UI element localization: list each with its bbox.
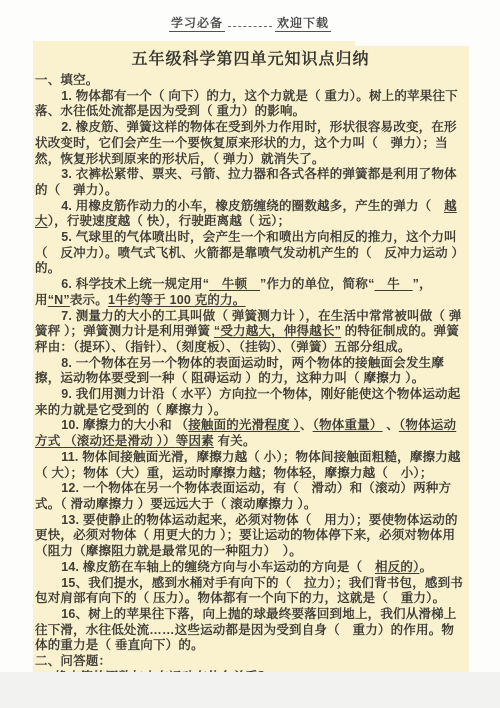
section-heading: 二、问答题： [35, 654, 466, 670]
doc-paragraphs: 一、填空。1. 物体都有一个（ 向下）的力，这个力就是（ 重力）。树上的苹果往下… [35, 73, 466, 685]
text-segment: 4. 用橡皮筋作动力的小车，橡皮筋缠绕的圈数越多，产生的弹力（ [61, 199, 444, 213]
text-segment: 1. 物体都有一个（ 向下）的力，这个力就是（ 重力）。树上的苹果往下落、水往低… [35, 89, 458, 119]
fill-in-item: 10. 摩擦力的大小和 （接触面的光滑程度 ）、（物体重量） 、（物体运动方式 … [35, 418, 466, 449]
fill-in-item: 6. 科学技术上统一规定用“ 牛顿 ”作力的单位，简称“ 牛 ”，用“N”表示。… [35, 277, 466, 308]
page-title: 五年级科学第四单元知识点归纳 [35, 46, 466, 69]
text-segment: 二、问答题： [35, 654, 111, 668]
text-segment: 、 [383, 418, 399, 432]
answer-text-underlined: 相反的） [375, 560, 420, 574]
fill-in-item: 5. 气球里的气体喷出时，会产生一个和喷出方向相反的推力，这个力叫（ 反冲力）。… [35, 230, 466, 277]
text-segment: 9. 我们用测力计沿（ 水平）方向拉一个物体，刚好能使这个物体运动起来的力就是它… [35, 387, 460, 417]
answer-text-underlined: 牛 [375, 277, 413, 291]
fill-in-item: 9. 我们用测力计沿（ 水平）方向拉一个物体，刚好能使这个物体运动起来的力就是它… [35, 387, 466, 418]
text-segment: 5. 气球里的气体喷出时，会产生一个和喷出方向相反的推力，这个力叫（ 反冲力）。… [35, 230, 464, 275]
answer-text-underlined: 牛顿 [209, 277, 260, 291]
text-segment: 、 [300, 418, 313, 432]
text-segment: ），行驶速度越（ 快），行驶距离越（ 远）； [48, 214, 291, 228]
text-segment: 13. 要使静止的物体运动起来，必须对物体（ 用力）；要使物体运动的更快，必须对… [35, 513, 468, 558]
dashed-underline-rule [228, 15, 272, 27]
answer-text-underlined: （物体重量） [313, 418, 383, 432]
text-segment: 。 [420, 560, 433, 574]
fill-in-item: 2. 橡皮筋、弹簧这样的物体在受到外力作用时，形状很容易改变，在形状改变时，它们… [35, 120, 466, 167]
fill-in-item: 1. 物体都有一个（ 向下）的力，这个力就是（ 重力）。树上的苹果往下落、水往低… [35, 89, 466, 120]
text-segment: 有关。 [214, 434, 256, 448]
fill-in-item: 14. 橡皮筋在车轴上的缠绕方向与小车运动的方向是（ 相反的）。 [35, 560, 466, 576]
text-segment: 12. 一个物体在另一个物体表面运动，有（ 滑动）和（滚动）两种方式。（ 滑动摩… [35, 481, 451, 511]
header-right-label: 欢迎下载 [275, 16, 331, 32]
answer-text-underlined: 等因素 [176, 434, 214, 448]
text-segment: 一、填空。 [35, 73, 99, 87]
fill-in-item: 16、树上的苹果往下落，向上抛的球最终要落回到地上，我们从滑梯上往下滑，水往低处… [35, 607, 466, 654]
answer-text-underlined: “N” [48, 293, 70, 307]
fill-in-item: 4. 用橡皮筋作动力的小车，橡皮筋缠绕的圈数越多，产生的弹力（ 越大），行驶速度… [35, 199, 466, 230]
worksheet-highlight-block: 五年级科学第四单元知识点归纳 一、填空。1. 物体都有一个（ 向下）的力，这个力… [33, 41, 469, 672]
text-segment: 11. 物体间接触面光滑，摩擦力越（ 小）；物体间接触面粗糙，摩擦力越（ 大）；… [35, 450, 461, 480]
text-segment: 3. 衣裤松紧带、票夹、弓箭、拉力器和各式各样的弹簧都是利用了物体的（ 弹力）。 [35, 167, 457, 197]
fill-in-item: 7. 测量力的大小的工具叫做（ 弹簧测力计 ），在生活中常常被叫做（ 弹簧秤 ）… [35, 309, 466, 356]
text-segment: 14. 橡皮筋在车轴上的缠绕方向与小车运动的方向是（ [61, 560, 375, 574]
page-bottom-margin [0, 672, 500, 708]
text-segment: 2. 橡皮筋、弹簧这样的物体在受到外力作用时，形状很容易改变，在形状改变时，它们… [35, 120, 457, 165]
fill-in-item: 15、我们提水，感到水桶对手有向下的（ 拉力）；我们背书包，感到书包对肩部有向下… [35, 576, 466, 607]
text-segment: ”作力的单位，简称“ [260, 277, 375, 291]
text-segment: 10. 摩擦力的大小和 （ [61, 418, 188, 432]
text-segment: 8. 一个物体在另一个物体的表面运动时，两个物体的接触面会发生摩擦，运动物体要受… [35, 356, 444, 386]
fill-in-item: 11. 物体间接触面光滑，摩擦力越（ 小）；物体间接触面粗糙，摩擦力越（ 大）；… [35, 450, 466, 481]
page-header: 学习必备欢迎下载 [0, 14, 500, 31]
fill-in-item: 3. 衣裤松紧带、票夹、弓箭、拉力器和各式各样的弹簧都是利用了物体的（ 弹力）。 [35, 167, 466, 198]
text-segment: 6. 科学技术上统一规定用“ [61, 277, 209, 291]
fill-in-item: 13. 要使静止的物体运动起来，必须对物体（ 用力）；要使物体运动的更快，必须对… [35, 513, 466, 560]
text-segment: 15、我们提水，感到水桶对手有向下的（ 拉力）；我们背书包，感到书包对肩部有向下… [35, 576, 463, 606]
answer-text-underlined: “受力越大，伸得越长” [214, 324, 341, 338]
answer-text-underlined: 1牛约等于 100 克的力。 [108, 293, 246, 307]
fill-in-item: 8. 一个物体在另一个物体的表面运动时，两个物体的接触面会发生摩擦，运动物体要受… [35, 356, 466, 387]
header-left-label: 学习必备 [169, 16, 225, 32]
answer-text-underlined: 接触面的光滑程度 ） [188, 418, 300, 432]
highlight-top-notch [355, 41, 469, 46]
text-segment: 16、树上的苹果往下落，向上抛的球最终要落回到地上，我们从滑梯上往下滑，水往低处… [35, 607, 457, 652]
text-segment: 表示。 [70, 293, 108, 307]
fill-in-item: 12. 一个物体在另一个物体表面运动，有（ 滑动）和（滚动）两种方式。（ 滑动摩… [35, 481, 466, 512]
section-heading: 一、填空。 [35, 73, 466, 89]
